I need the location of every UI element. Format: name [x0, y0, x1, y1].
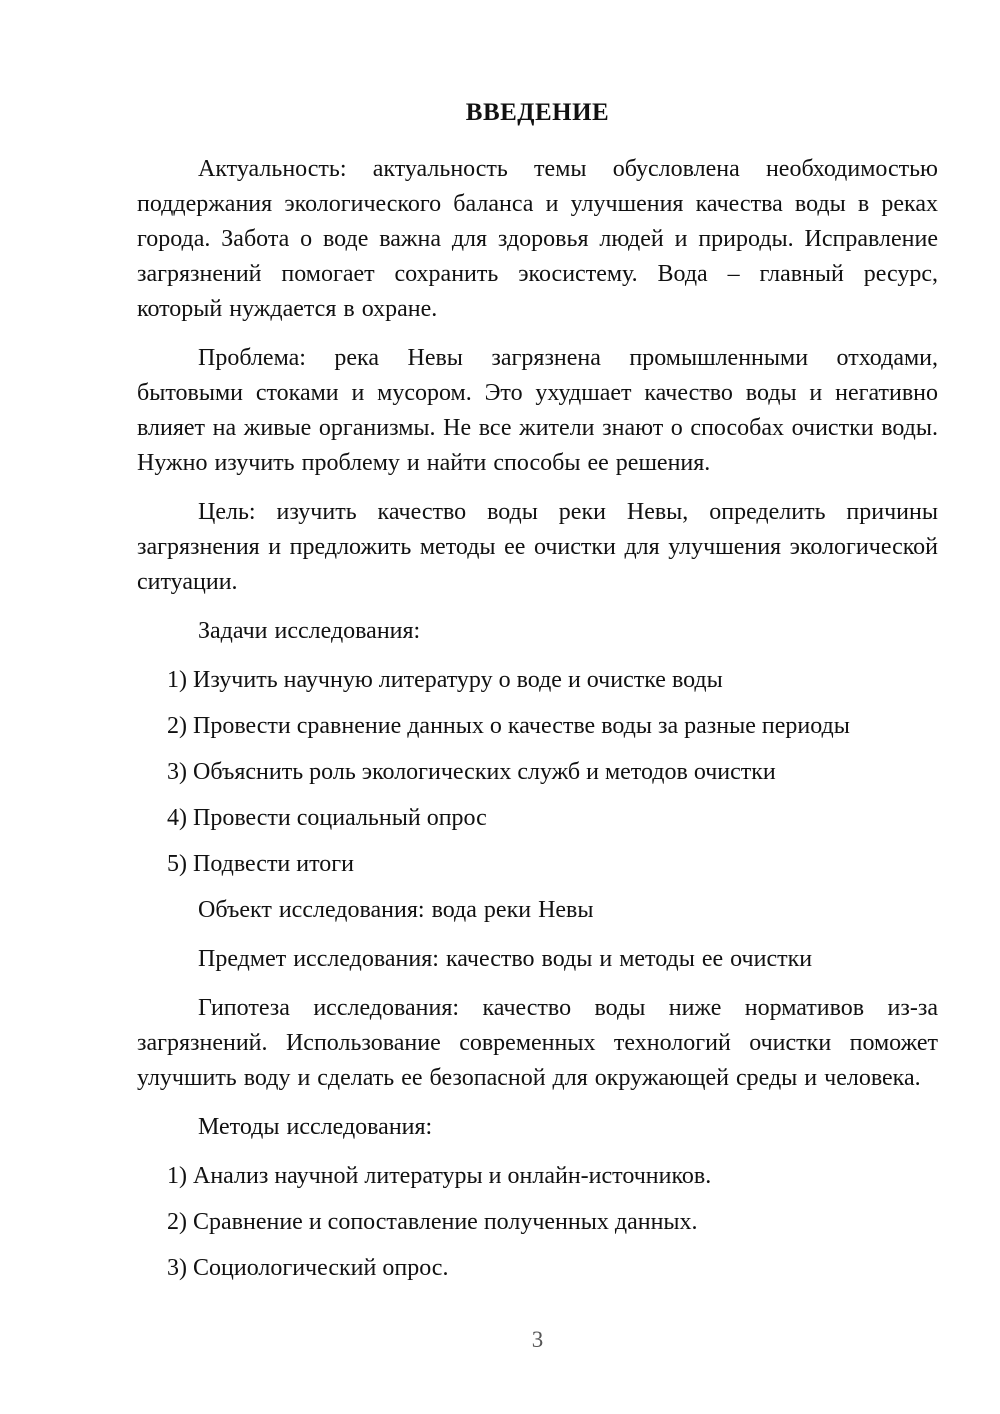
- task-item-1: 1) Изучить научную литературу о воде и о…: [137, 663, 938, 698]
- paragraph-goal: Цель: изучить качество воды реки Невы, о…: [137, 495, 938, 600]
- methods-header: Методы исследования:: [137, 1110, 938, 1145]
- method-item-1: 1) Анализ научной литературы и онлайн-ис…: [137, 1159, 938, 1194]
- page-number: 3: [137, 1326, 938, 1354]
- method-item-3: 3) Социологический опрос.: [137, 1251, 938, 1286]
- paragraph-hypothesis: Гипотеза исследования: качество воды ниж…: [137, 991, 938, 1096]
- task-item-2: 2) Провести сравнение данных о качестве …: [137, 709, 938, 744]
- paragraph-relevance: Актуальность: актуальность темы обусловл…: [137, 152, 938, 327]
- task-item-5: 5) Подвести итоги: [137, 847, 938, 882]
- page-title: ВВЕДЕНИЕ: [137, 95, 938, 130]
- task-item-4: 4) Провести социальный опрос: [137, 801, 938, 836]
- paragraph-problem: Проблема: река Невы загрязнена промышлен…: [137, 341, 938, 481]
- method-item-2: 2) Сравнение и сопоставление полученных …: [137, 1205, 938, 1240]
- task-item-3: 3) Объяснить роль экологических служб и …: [137, 755, 938, 790]
- document-body: ВВЕДЕНИЕ Актуальность: актуальность темы…: [0, 0, 1000, 1286]
- document-page: ВВЕДЕНИЕ Актуальность: актуальность темы…: [0, 0, 1000, 1414]
- tasks-header: Задачи исследования:: [137, 614, 938, 649]
- paragraph-subject: Предмет исследования: качество воды и ме…: [137, 942, 938, 977]
- paragraph-object: Объект исследования: вода реки Невы: [137, 893, 938, 928]
